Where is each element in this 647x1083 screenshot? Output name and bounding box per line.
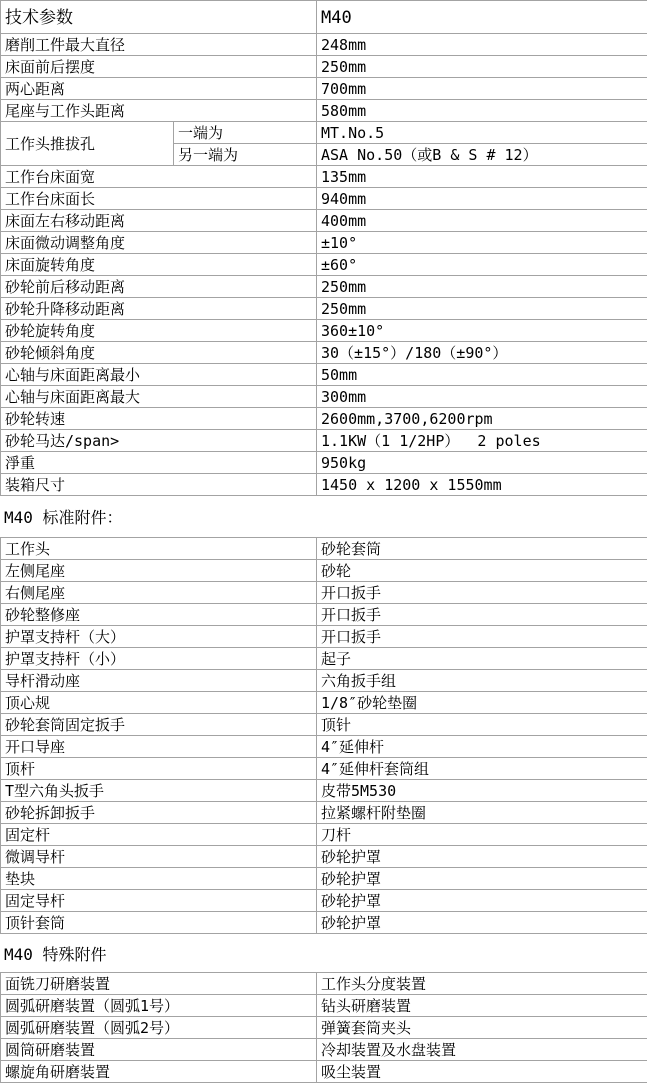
row-value: 砂轮护罩 xyxy=(317,890,647,912)
row-value: 工作头分度装置 xyxy=(317,973,647,995)
row-value: 2600mm,3700,6200rpm xyxy=(317,408,647,430)
table-row: 圆弧研磨装置（圆弧1号）钻头研磨装置 xyxy=(1,995,647,1017)
row-value: 248mm xyxy=(317,34,647,56)
taper-sub-value: ASA No.50（或B & S # 12） xyxy=(317,144,647,166)
special-accessories-title: M40 特殊附件 xyxy=(0,934,647,972)
row-label: 圆弧研磨装置（圆弧1号） xyxy=(1,995,317,1017)
row-label: 工作台床面长 xyxy=(1,188,317,210)
table-row: 心轴与床面距离最小50mm xyxy=(1,364,647,386)
table-row: 装箱尺寸1450 x 1200 x 1550mm xyxy=(1,474,647,496)
table-row: 固定杆刀杆 xyxy=(1,824,647,846)
row-value: 950kg xyxy=(317,452,647,474)
row-value: 开口扳手 xyxy=(317,604,647,626)
taper-hole-group: 工作头推拔孔 一端为 MT.No.5 另一端为 ASA No.50（或B & S… xyxy=(1,122,647,166)
row-value: 弹簧套筒夹头 xyxy=(317,1017,647,1039)
taper-sub-label: 一端为 xyxy=(174,122,317,144)
taper-hole-label: 工作头推拔孔 xyxy=(1,122,174,166)
row-label: 圆弧研磨装置（圆弧2号） xyxy=(1,1017,317,1039)
row-label: 面铣刀研磨装置 xyxy=(1,973,317,995)
row-value: 顶针 xyxy=(317,714,647,736)
table-row: 微调导杆砂轮护罩 xyxy=(1,846,647,868)
table-row: 顶杆4″延伸杆套筒组 xyxy=(1,758,647,780)
row-label: T型六角头扳手 xyxy=(1,780,317,802)
row-value: 拉紧螺杆附垫圈 xyxy=(317,802,647,824)
row-label: 护罩支持杆（大） xyxy=(1,626,317,648)
table-row: 淨重950kg xyxy=(1,452,647,474)
row-value: 刀杆 xyxy=(317,824,647,846)
table-row: 砂轮套筒固定扳手顶针 xyxy=(1,714,647,736)
row-label: 工作台床面宽 xyxy=(1,166,317,188)
taper-sub-label: 另一端为 xyxy=(174,144,317,166)
row-value: 砂轮套筒 xyxy=(317,538,647,560)
row-label: 床面旋转角度 xyxy=(1,254,317,276)
table-row: 开口导座4″延伸杆 xyxy=(1,736,647,758)
row-label: 两心距离 xyxy=(1,78,317,100)
table-row: 面铣刀研磨装置工作头分度装置 xyxy=(1,973,647,995)
row-label: 砂轮倾斜角度 xyxy=(1,342,317,364)
table-row: 导杆滑动座六角扳手组 xyxy=(1,670,647,692)
row-value: 吸尘装置 xyxy=(317,1061,647,1083)
row-label: 左侧尾座 xyxy=(1,560,317,582)
row-value: 360±10° xyxy=(317,320,647,342)
table-row: 砂轮整修座开口扳手 xyxy=(1,604,647,626)
row-label: 螺旋角研磨装置 xyxy=(1,1061,317,1083)
row-label: 圆筒研磨装置 xyxy=(1,1039,317,1061)
taper-sub-value: MT.No.5 xyxy=(317,122,647,144)
row-label: 床面微动调整角度 xyxy=(1,232,317,254)
row-label: 尾座与工作头距离 xyxy=(1,100,317,122)
row-value: 940mm xyxy=(317,188,647,210)
standard-accessories-table: 工作头砂轮套筒左侧尾座砂轮右侧尾座开口扳手砂轮整修座开口扳手护罩支持杆（大）开口… xyxy=(0,537,647,934)
row-value: 六角扳手组 xyxy=(317,670,647,692)
table-header-value: M40 xyxy=(317,1,647,34)
row-value: 冷却装置及水盘装置 xyxy=(317,1039,647,1061)
technical-parameters-table: 技术参数 M40 磨削工件最大直径248mm床面前后摆度250mm两心距离700… xyxy=(0,0,647,496)
row-label: 砂轮拆卸扳手 xyxy=(1,802,317,824)
row-value: 皮带5M530 xyxy=(317,780,647,802)
row-label: 砂轮套筒固定扳手 xyxy=(1,714,317,736)
table-row: 顶针套筒砂轮护罩 xyxy=(1,912,647,934)
row-value: 砂轮护罩 xyxy=(317,868,647,890)
table-row: 顶心规1/8″砂轮垫圈 xyxy=(1,692,647,714)
row-value: 30（±15°）/180（±90°） xyxy=(317,342,647,364)
table-row: 砂轮转速2600mm,3700,6200rpm xyxy=(1,408,647,430)
row-label: 固定导杆 xyxy=(1,890,317,912)
row-label: 导杆滑动座 xyxy=(1,670,317,692)
table-header-label: 技术参数 xyxy=(1,1,317,34)
row-label: 心轴与床面距离最小 xyxy=(1,364,317,386)
table-row: T型六角头扳手皮带5M530 xyxy=(1,780,647,802)
row-label: 床面前后摆度 xyxy=(1,56,317,78)
row-value: ±10° xyxy=(317,232,647,254)
row-label: 磨削工件最大直径 xyxy=(1,34,317,56)
table-row: 两心距离700mm xyxy=(1,78,647,100)
row-value: 300mm xyxy=(317,386,647,408)
row-value: 250mm xyxy=(317,276,647,298)
row-value: 250mm xyxy=(317,298,647,320)
row-label: 砂轮升降移动距离 xyxy=(1,298,317,320)
row-label: 右侧尾座 xyxy=(1,582,317,604)
row-value: 开口扳手 xyxy=(317,626,647,648)
row-label: 固定杆 xyxy=(1,824,317,846)
row-label: 床面左右移动距离 xyxy=(1,210,317,232)
table-row: 床面前后摆度250mm xyxy=(1,56,647,78)
table-row: 护罩支持杆（大）开口扳手 xyxy=(1,626,647,648)
table-row: 砂轮马达/span>1.1KW（1 1/2HP） 2 poles xyxy=(1,430,647,452)
row-label: 砂轮旋转角度 xyxy=(1,320,317,342)
row-value: 1/8″砂轮垫圈 xyxy=(317,692,647,714)
row-label: 开口导座 xyxy=(1,736,317,758)
table-row: 右侧尾座开口扳手 xyxy=(1,582,647,604)
row-label: 工作头 xyxy=(1,538,317,560)
spec-sheet-page: 技术参数 M40 磨削工件最大直径248mm床面前后摆度250mm两心距离700… xyxy=(0,0,647,1083)
row-label: 砂轮马达/span> xyxy=(1,430,317,452)
table-row: 磨削工件最大直径248mm xyxy=(1,34,647,56)
row-value: 4″延伸杆 xyxy=(317,736,647,758)
row-label: 淨重 xyxy=(1,452,317,474)
row-value: 开口扳手 xyxy=(317,582,647,604)
row-value: 钻头研磨装置 xyxy=(317,995,647,1017)
row-value: ±60° xyxy=(317,254,647,276)
row-value: 50mm xyxy=(317,364,647,386)
table-row: 工作头砂轮套筒 xyxy=(1,538,647,560)
table-row: 护罩支持杆（小）起子 xyxy=(1,648,647,670)
table-header-row: 技术参数 M40 xyxy=(1,1,647,34)
special-accessories-table: 面铣刀研磨装置工作头分度装置圆弧研磨装置（圆弧1号）钻头研磨装置圆弧研磨装置（圆… xyxy=(0,972,647,1083)
row-value: 580mm xyxy=(317,100,647,122)
table-row: 圆筒研磨装置冷却装置及水盘装置 xyxy=(1,1039,647,1061)
row-value: 1450 x 1200 x 1550mm xyxy=(317,474,647,496)
row-value: 400mm xyxy=(317,210,647,232)
table-row: 垫块砂轮护罩 xyxy=(1,868,647,890)
row-label: 心轴与床面距离最大 xyxy=(1,386,317,408)
row-label: 砂轮前后移动距离 xyxy=(1,276,317,298)
table-row: 心轴与床面距离最大300mm xyxy=(1,386,647,408)
row-label: 装箱尺寸 xyxy=(1,474,317,496)
row-label: 砂轮整修座 xyxy=(1,604,317,626)
table-row: 左侧尾座砂轮 xyxy=(1,560,647,582)
table-row: 固定导杆砂轮护罩 xyxy=(1,890,647,912)
table-row: 砂轮升降移动距离250mm xyxy=(1,298,647,320)
table-row: 砂轮前后移动距离250mm xyxy=(1,276,647,298)
row-label: 顶针套筒 xyxy=(1,912,317,934)
row-value: 砂轮 xyxy=(317,560,647,582)
table-row: 床面旋转角度±60° xyxy=(1,254,647,276)
table-row: 砂轮拆卸扳手拉紧螺杆附垫圈 xyxy=(1,802,647,824)
table-row: 螺旋角研磨装置吸尘装置 xyxy=(1,1061,647,1083)
row-value: 砂轮护罩 xyxy=(317,846,647,868)
table-row: 床面左右移动距离400mm xyxy=(1,210,647,232)
row-value: 4″延伸杆套筒组 xyxy=(317,758,647,780)
table-row: 圆弧研磨装置（圆弧2号）弹簧套筒夹头 xyxy=(1,1017,647,1039)
row-value: 135mm xyxy=(317,166,647,188)
row-label: 砂轮转速 xyxy=(1,408,317,430)
table-row: 工作台床面长940mm xyxy=(1,188,647,210)
row-value: 起子 xyxy=(317,648,647,670)
table-row: 尾座与工作头距离580mm xyxy=(1,100,647,122)
table-row: 砂轮倾斜角度30（±15°）/180（±90°） xyxy=(1,342,647,364)
row-value: 1.1KW（1 1/2HP） 2 poles xyxy=(317,430,647,452)
standard-accessories-title: M40 标准附件： xyxy=(0,496,647,537)
row-label: 顶心规 xyxy=(1,692,317,714)
row-label: 微调导杆 xyxy=(1,846,317,868)
row-value: 250mm xyxy=(317,56,647,78)
row-label: 护罩支持杆（小） xyxy=(1,648,317,670)
table-row: 床面微动调整角度±10° xyxy=(1,232,647,254)
table-row: 工作台床面宽135mm xyxy=(1,166,647,188)
table-row: 砂轮旋转角度360±10° xyxy=(1,320,647,342)
row-value: 砂轮护罩 xyxy=(317,912,647,934)
table-row: 工作头推拔孔 一端为 MT.No.5 xyxy=(1,122,647,144)
row-value: 700mm xyxy=(317,78,647,100)
row-label: 顶杆 xyxy=(1,758,317,780)
row-label: 垫块 xyxy=(1,868,317,890)
